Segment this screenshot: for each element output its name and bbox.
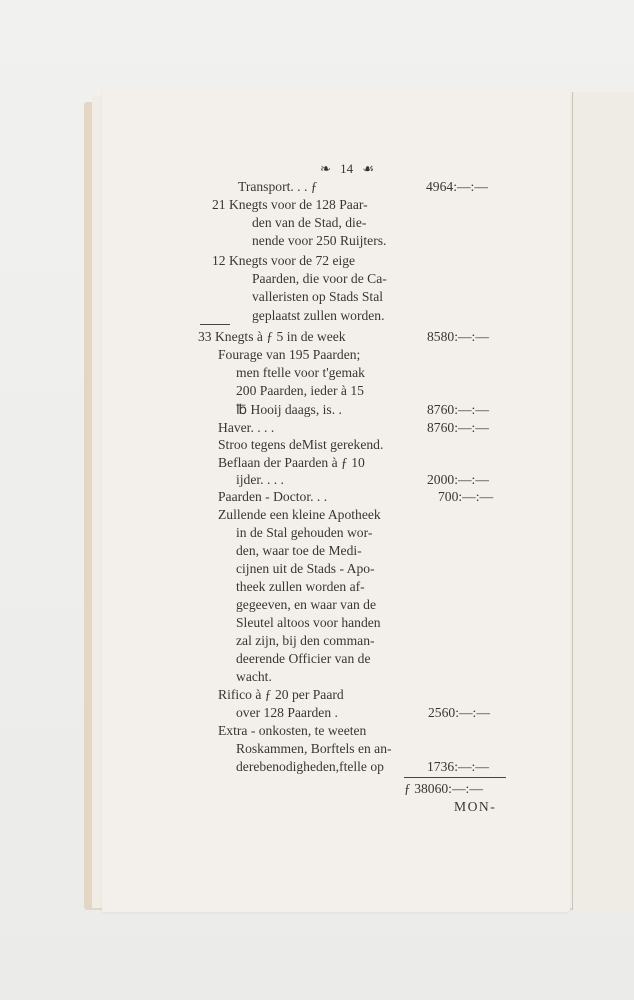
entry-fourage-amount: 8760:—:— (427, 401, 489, 419)
entry-apotheek-line-10: wacht. (236, 668, 272, 686)
facing-page (572, 92, 634, 910)
entry-apotheek-line-3: den, waar toe de Medi- (236, 542, 362, 560)
entry-risico-line-1: Rifico à ƒ 20 per Paard (218, 686, 344, 704)
entry-haver-amount: 8760:—:— (427, 419, 489, 437)
entry-extra-line-1: Extra - onkosten, te weeten (218, 722, 366, 740)
entry-apotheek-line-8: zal zijn, bij den comman- (236, 632, 375, 650)
entry-stroo-line: Stroo tegens deMist gerekend. (218, 436, 383, 454)
entry-21-line-1: 21 Knegts voor de 128 Paar- (212, 196, 368, 214)
ornament-right-icon: ☙ (362, 161, 374, 176)
entry-beslaan-line-1: Beflaan der Paarden à ƒ 10 (218, 454, 365, 472)
ornament-left-icon: ❧ (320, 161, 331, 176)
entry-21-line-2: den van de Stad, die- (252, 214, 366, 232)
entry-12-line-2: Paarden, die voor de Ca- (252, 270, 387, 288)
entry-doctor-line: Paarden - Doctor. . . (218, 488, 327, 506)
entry-apotheek-line-7: Sleutel altoos voor handen (236, 614, 381, 632)
entry-fourage-line-4: ℔ Hooij daags, is. . (236, 401, 342, 419)
book-page: ❧ 14 ☙ Transport. . . ƒ 4964:—:— 21 Kneg… (102, 88, 570, 912)
catchword: MON- (454, 798, 496, 816)
entry-transport-line: Transport. . . ƒ (238, 178, 318, 196)
entry-risico-line-2: over 128 Paarden . (236, 704, 338, 722)
total-rule (404, 777, 506, 778)
entry-risico-amount: 2560:—:— (428, 704, 490, 722)
entry-21-line-3: nende voor 250 Ruijters. (252, 232, 386, 250)
entry-beslaan-amount: 2000:—:— (427, 471, 489, 489)
entry-apotheek-line-9: deerende Officier van de (236, 650, 370, 668)
entry-fourage-line-3: 200 Paarden, ieder à 15 (236, 382, 364, 400)
entry-doctor-amount: 700:—:— (438, 488, 493, 506)
entry-transport-amount: 4964:—:— (426, 178, 488, 196)
entry-apotheek-line-4: cijnen uit de Stads - Apo- (236, 560, 375, 578)
entry-beslaan-line-2: ijder. . . . (236, 471, 284, 489)
entry-33-amount: 8580:—:— (427, 328, 489, 346)
entry-apotheek-line-5: theek zullen worden af- (236, 578, 365, 596)
entry-12-line-3: valleristen op Stads Stal (252, 288, 383, 306)
entry-apotheek-line-1: Zullende een kleine Apotheek (218, 506, 381, 524)
entry-extra-amount: 1736:—:— (427, 758, 489, 776)
entry-extra-line-3: derebenodigheden,ftelle op (236, 758, 384, 776)
entry-12-line-4: geplaatst zullen worden. (252, 307, 385, 325)
page-number: 14 (340, 161, 353, 176)
entry-haver-line: Haver. . . . (218, 419, 274, 437)
entry-fourage-line-2: men ftelle voor t'gemak (236, 364, 365, 382)
entry-apotheek-line-2: in de Stal gehouden wor- (236, 524, 372, 542)
entry-apotheek-line-6: gegeeven, en waar van de (236, 596, 376, 614)
entry-fourage-line-1: Fourage van 195 Paarden; (218, 346, 360, 364)
sum-rule-left (200, 324, 230, 325)
entry-12-line-1: 12 Knegts voor de 72 eige (212, 252, 355, 270)
total-amount: ƒ 38060:—:— (404, 780, 483, 798)
page-header: ❧ 14 ☙ (320, 160, 374, 178)
entry-extra-line-2: Roskammen, Borftels en an- (236, 740, 392, 758)
entry-33-line-1: 33 Knegts à ƒ 5 in de week (198, 328, 346, 346)
